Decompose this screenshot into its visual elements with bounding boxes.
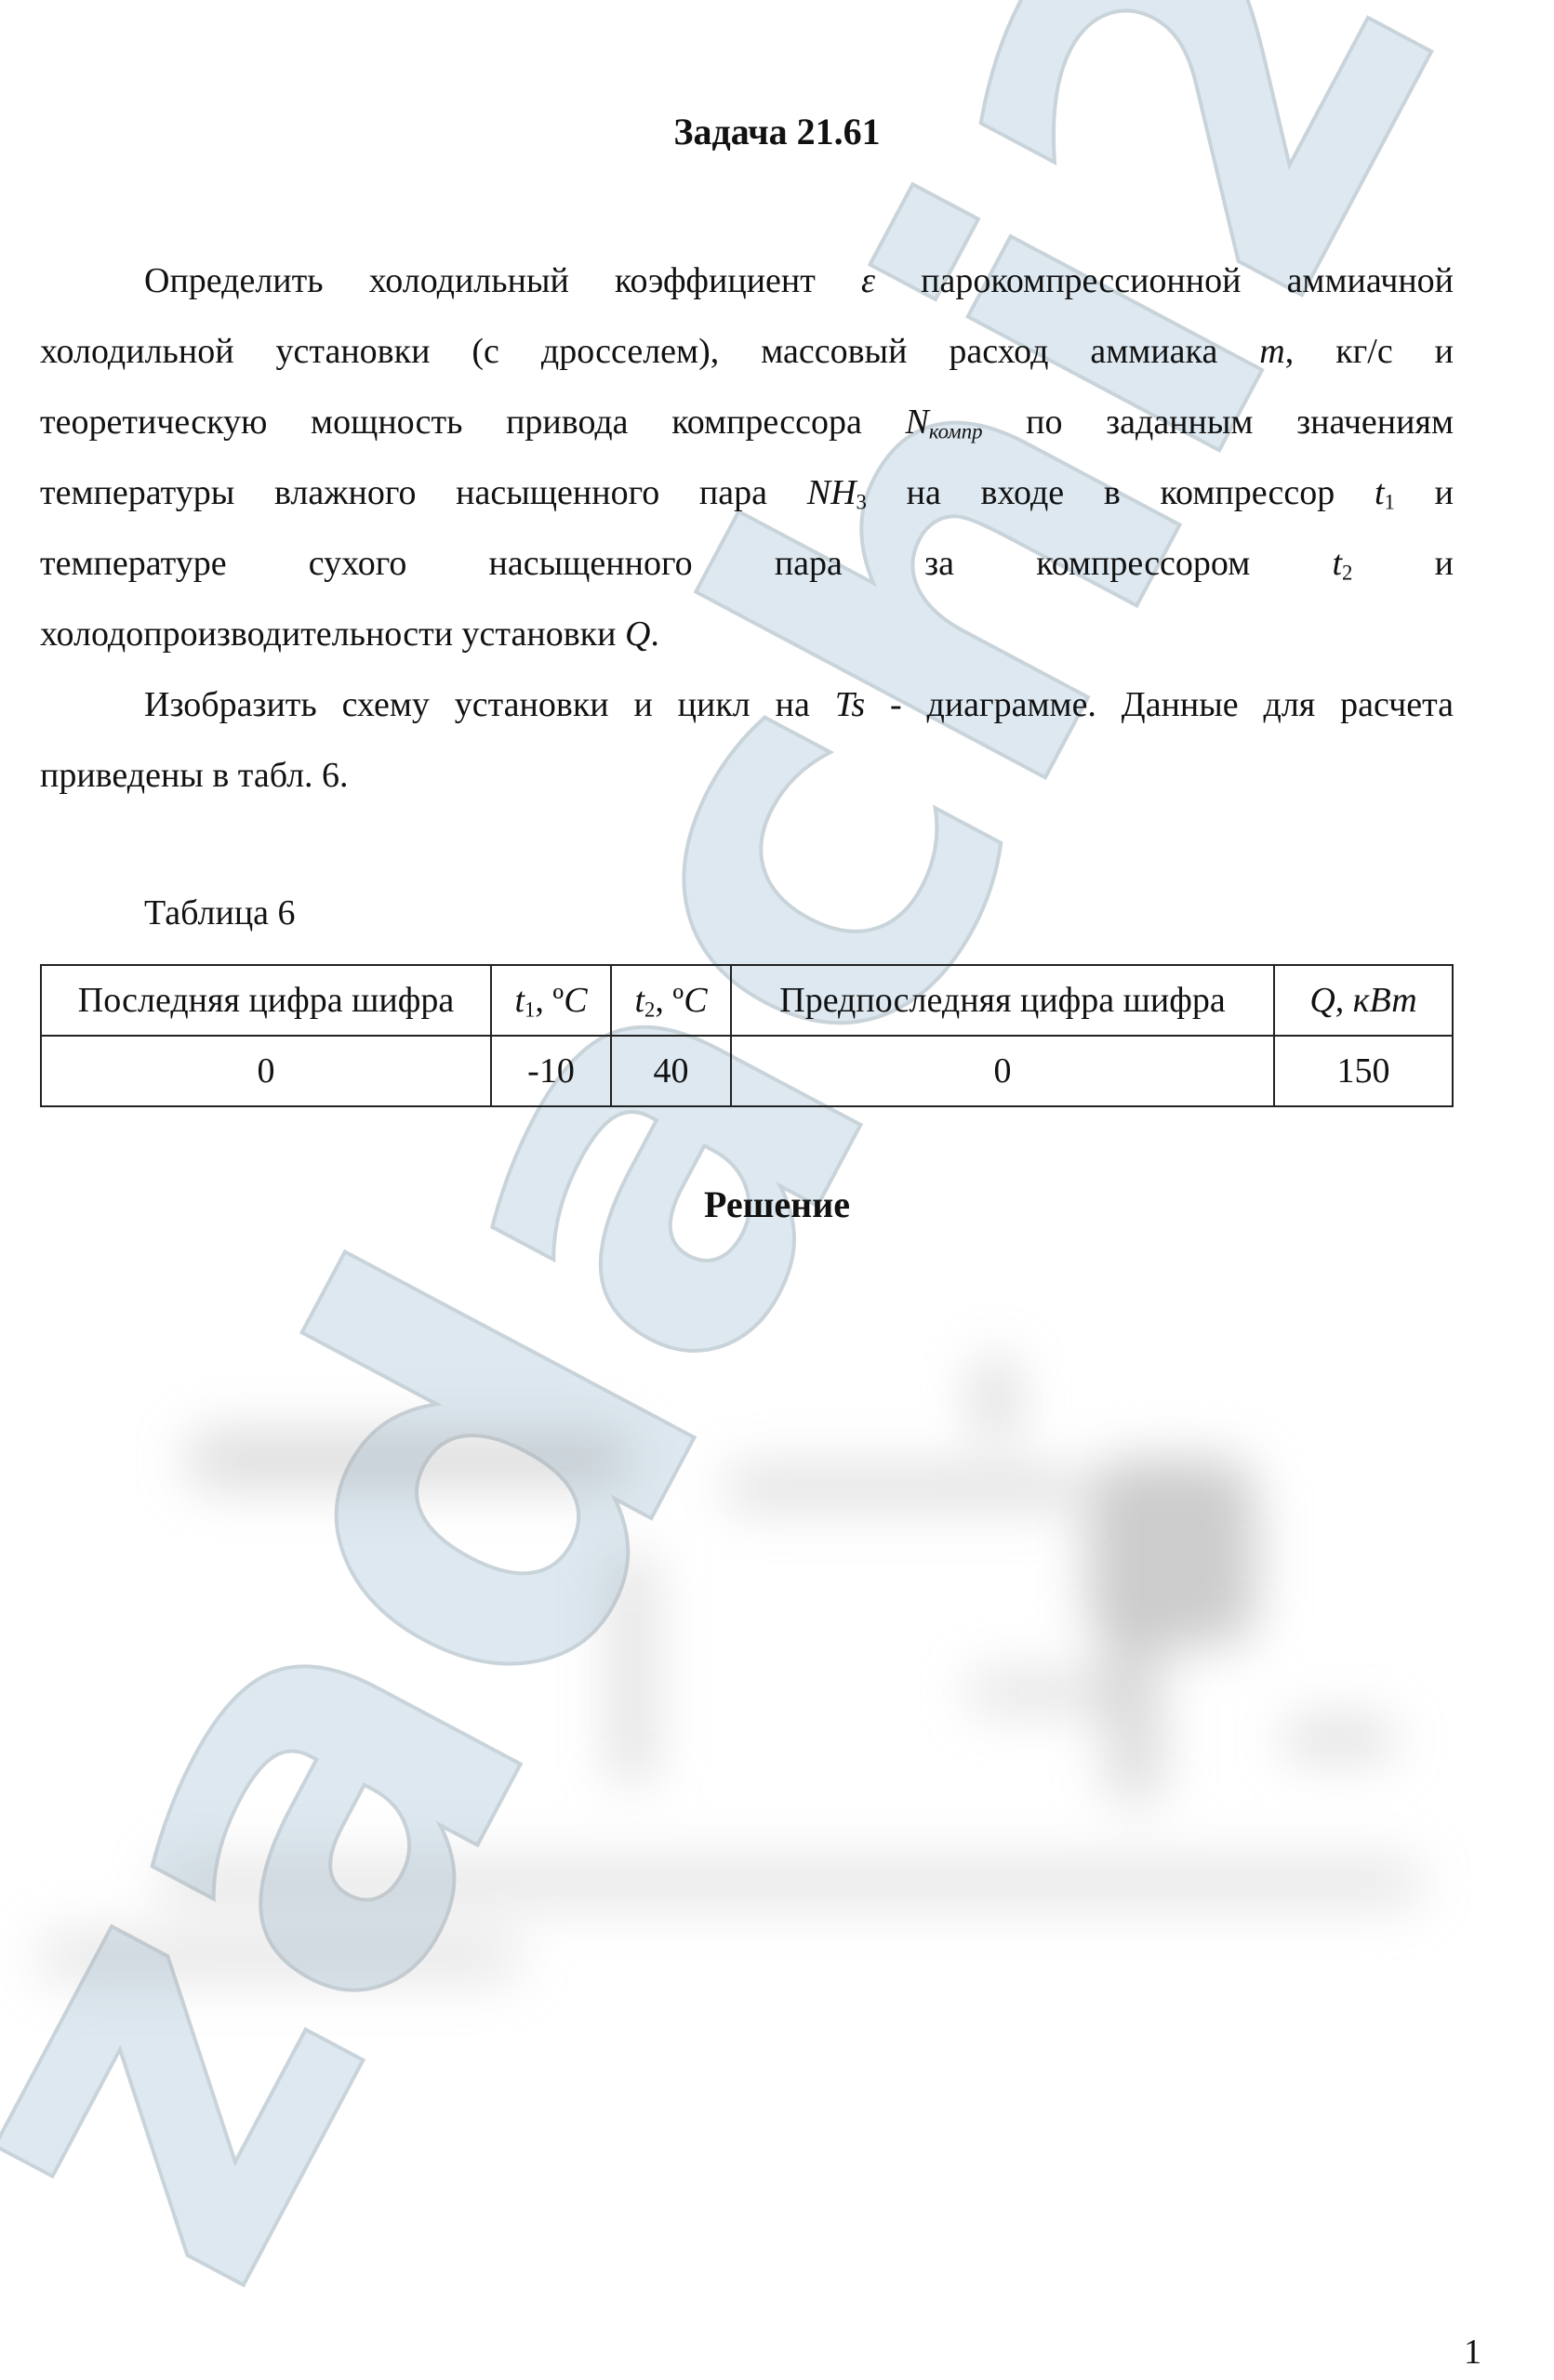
document-page: zadachi24.ru Задача 21.61 Определить хол… [0, 0, 1554, 2380]
table-cell: 150 [1274, 1036, 1453, 1106]
table-cell: 0 [731, 1036, 1274, 1106]
text-line: холодопроизводительности установки Q. [40, 599, 1454, 669]
problem-statement-paragraph: Определить холодильный коэффициент ε пар… [40, 245, 1454, 669]
table-cell: -10 [491, 1036, 611, 1106]
table-header-cell: t1, ºC [491, 965, 611, 1036]
table-row: 0-10400150 [41, 1036, 1453, 1106]
text-line: температуры влажного насыщенного пара NH… [40, 457, 1454, 528]
page-number: 1 [1464, 2332, 1481, 2373]
instruction-paragraph: Изобразить схему установки и цикл на Ts … [40, 669, 1454, 811]
table-header-cell: Последняя цифра шифра [41, 965, 491, 1036]
input-data-table: Последняя цифра шифраt1, ºCt2, ºCПредпос… [40, 964, 1454, 1107]
table-caption: Таблица 6 [144, 892, 296, 933]
table-cell: 0 [41, 1036, 491, 1106]
table-header-cell: t2, ºC [611, 965, 731, 1036]
table-header-cell: Предпоследняя цифра шифра [731, 965, 1274, 1036]
solution-heading: Решение [0, 1183, 1554, 1226]
text-line: температуре сухого насыщенного пара за к… [40, 528, 1454, 599]
text-line: теоретическую мощность привода компрессо… [40, 387, 1454, 457]
text-line: приведены в табл. 6. [40, 740, 1454, 811]
text-line: Изобразить схему установки и цикл на Ts … [40, 669, 1454, 740]
table-cell: 40 [611, 1036, 731, 1106]
text-line: холодильной установки (с дросселем), мас… [40, 316, 1454, 387]
problem-title: Задача 21.61 [0, 110, 1554, 153]
text-line: Определить холодильный коэффициент ε пар… [40, 245, 1454, 316]
table-header-cell: Q, кВт [1274, 965, 1453, 1036]
table-header-row: Последняя цифра шифраt1, ºCt2, ºCПредпос… [41, 965, 1453, 1036]
